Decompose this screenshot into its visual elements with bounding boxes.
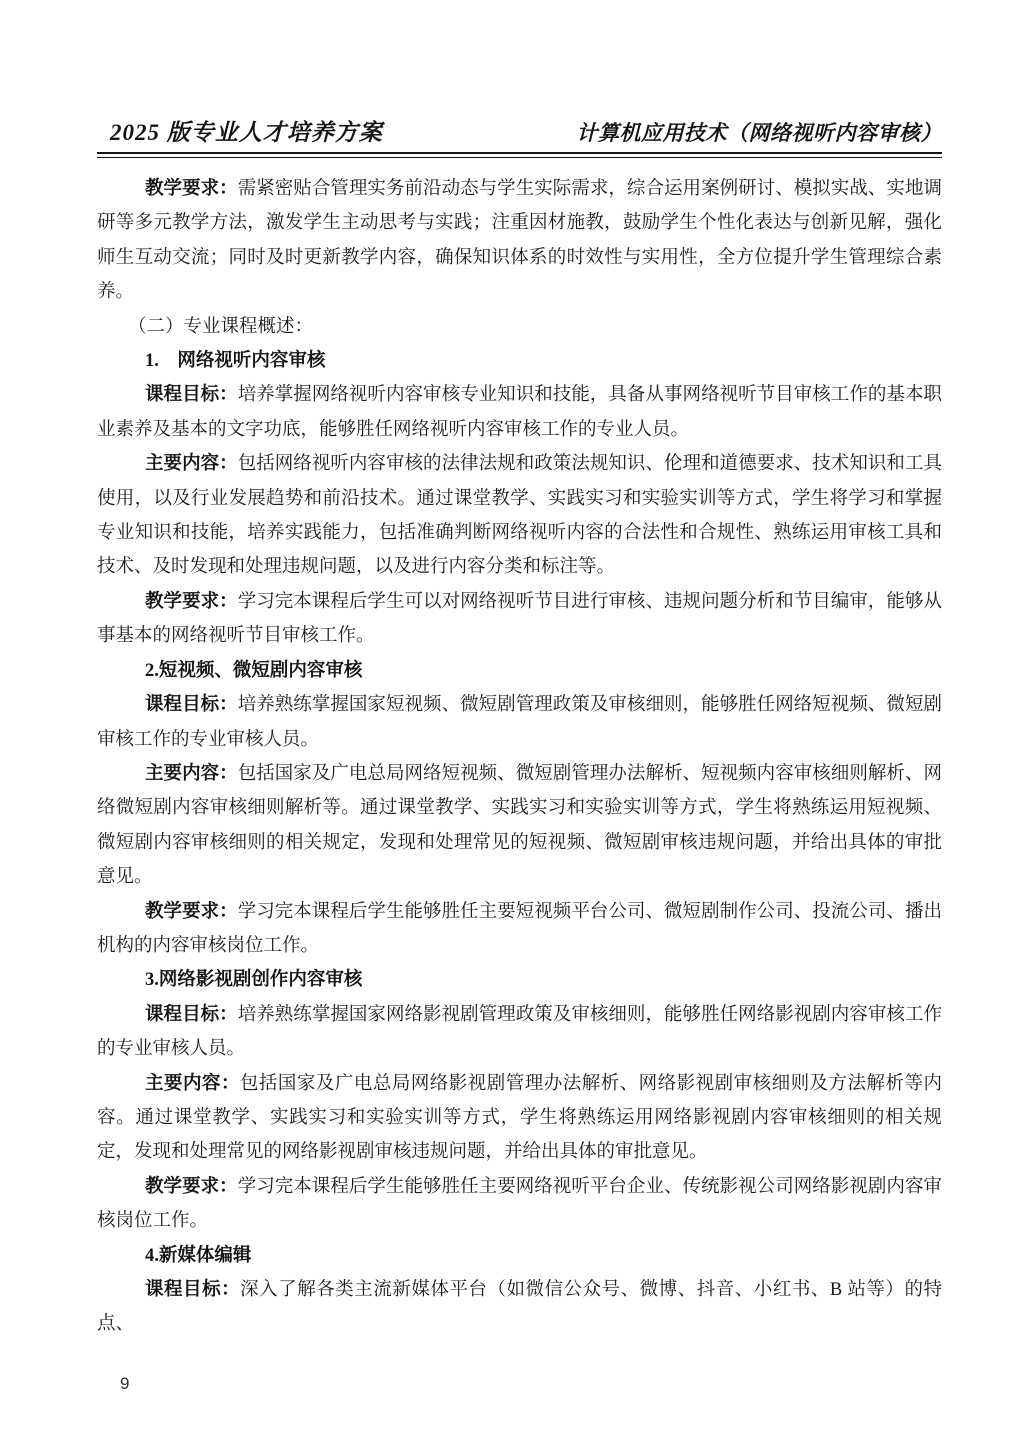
paragraph-course-goal-1: 课程目标：培养掌握网络视听内容审核专业知识和技能，具备从事网络视听节目审核工作的…	[97, 378, 942, 447]
header-titles: 2025 版专业人才培养方案 计算机应用技术（网络视听内容审核）	[97, 114, 942, 147]
paragraph-label: 主要内容：	[145, 1074, 240, 1094]
course-heading-2: 2.短视频、微短剧内容审核	[97, 654, 942, 688]
page-number: 9	[120, 1374, 129, 1393]
course-heading-text: 2.短视频、微短剧内容审核	[145, 661, 362, 681]
paragraph-label: 课程目标：	[145, 385, 238, 405]
document-body: 教学要求：需紧密贴合管理实务前沿动态与学生实际需求，综合运用案例研讨、模拟实战、…	[97, 172, 942, 1342]
course-heading-3: 3.网络影视剧创作内容审核	[97, 963, 942, 997]
page-footer: 9	[120, 1374, 129, 1394]
page-header: 2025 版专业人才培养方案 计算机应用技术（网络视听内容审核）	[97, 114, 942, 158]
paragraph-label: 课程目标：	[145, 1280, 240, 1300]
paragraph-main-content-3: 主要内容：包括国家及广电总局网络影视剧管理办法解析、网络影视剧审核细则及方法解析…	[97, 1067, 942, 1170]
paragraph-label: 课程目标：	[145, 695, 238, 715]
paragraph-label: 主要内容：	[145, 764, 238, 784]
course-heading-4: 4.新媒体编辑	[97, 1239, 942, 1273]
section-heading-text: （二）专业课程概述：	[128, 317, 313, 337]
paragraph-label: 课程目标：	[145, 1005, 238, 1025]
course-heading-text: 1. 网络视听内容审核	[145, 351, 325, 371]
paragraph-course-goal-2: 课程目标：培养熟练掌握国家短视频、微短剧管理政策及审核细则，能够胜任网络短视频、…	[97, 688, 942, 757]
paragraph-main-content-2: 主要内容：包括国家及广电总局网络短视频、微短剧管理办法解析、短视频内容审核细则解…	[97, 757, 942, 895]
paragraph-label: 教学要求：	[145, 1177, 238, 1197]
header-left-title: 2025 版专业人才培养方案	[97, 114, 383, 147]
paragraph-label: 教学要求：	[145, 902, 238, 922]
paragraph-course-goal-4: 课程目标：深入了解各类主流新媒体平台（如微信公众号、微博、抖音、小红书、B 站等…	[97, 1273, 942, 1342]
paragraph-label: 教学要求：	[145, 179, 238, 199]
course-heading-1: 1. 网络视听内容审核	[97, 344, 942, 378]
course-heading-text: 4.新媒体编辑	[145, 1246, 251, 1266]
paragraph-teaching-requirements-2: 教学要求：学习完本课程后学生能够胜任主要短视频平台公司、微短剧制作公司、投流公司…	[97, 895, 942, 964]
document-page: 2025 版专业人才培养方案 计算机应用技术（网络视听内容审核） 教学要求：需紧…	[0, 0, 1024, 1448]
paragraph-label: 主要内容：	[145, 454, 238, 474]
section-heading-course-overview: （二）专业课程概述：	[97, 310, 942, 344]
paragraph-course-goal-3: 课程目标：培养熟练掌握国家网络影视剧管理政策及审核细则，能够胜任网络影视剧内容审…	[97, 998, 942, 1067]
course-heading-text: 3.网络影视剧创作内容审核	[145, 970, 362, 990]
paragraph-teaching-requirements-3: 教学要求：学习完本课程后学生能够胜任主要网络视听平台企业、传统影视公司网络影视剧…	[97, 1170, 942, 1239]
paragraph-main-content-1: 主要内容：包括网络视听内容审核的法律法规和政策法规知识、伦理和道德要求、技术知识…	[97, 447, 942, 585]
paragraph-label: 教学要求：	[145, 592, 238, 612]
paragraph-teaching-requirements-1: 教学要求：学习完本课程后学生可以对网络视听节目进行审核、违规问题分析和节目编审，…	[97, 585, 942, 654]
header-right-title: 计算机应用技术（网络视听内容审核）	[577, 117, 943, 147]
paragraph-teaching-requirements-intro: 教学要求：需紧密贴合管理实务前沿动态与学生实际需求，综合运用案例研讨、模拟实战、…	[97, 172, 942, 310]
header-double-rule	[97, 152, 942, 158]
